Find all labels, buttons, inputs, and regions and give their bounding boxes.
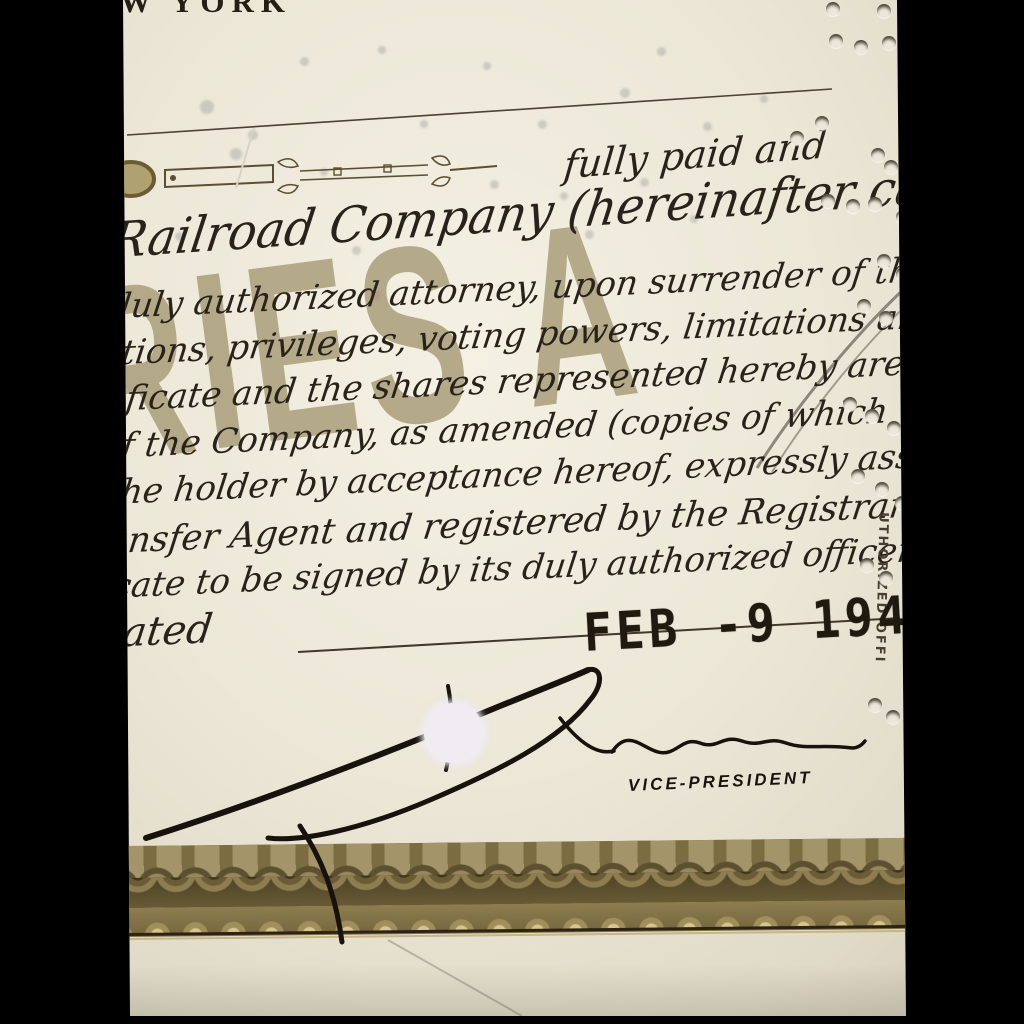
punch-perforation-hole	[884, 160, 898, 174]
punch-perforation-hole	[846, 199, 860, 213]
punch-perforation-hole	[854, 40, 868, 54]
punch-perforation-hole	[882, 36, 896, 50]
punch-perforation-hole	[887, 421, 901, 435]
certificate-photo-stage: W YORK RIES A	[0, 0, 1024, 1024]
punch-perforation-hole	[879, 311, 893, 325]
punch-perforation-hole	[826, 2, 840, 16]
punch-perforation-hole	[865, 409, 879, 423]
punch-perforation-hole	[868, 197, 882, 211]
punched-out-hole	[424, 703, 484, 763]
punch-perforation-hole	[821, 194, 835, 208]
punch-perforation-hole	[790, 131, 804, 145]
punch-perforation-hole	[843, 397, 857, 411]
punch-perforation-hole	[857, 299, 871, 313]
punch-perforation-hole	[875, 482, 889, 496]
punch-perforation-hole	[851, 469, 865, 483]
punch-perforation-hole	[879, 571, 893, 585]
punch-perforation-hole	[860, 558, 874, 572]
punch-perforation-hole	[815, 116, 829, 130]
punch-perforation-hole	[868, 698, 882, 712]
certificate-photo: W YORK RIES A	[0, 0, 1024, 1024]
punch-perforation-hole	[829, 34, 843, 48]
punch-perforation-hole	[896, 210, 910, 224]
top-rule-line	[127, 89, 832, 135]
punch-perforation-hole	[896, 267, 910, 281]
punch-perforation-hole	[877, 254, 891, 268]
dated-label-partial: ated	[120, 606, 215, 656]
vice-president-signature	[146, 669, 865, 942]
punch-perforation-hole	[871, 148, 885, 162]
punch-perforation-hole	[877, 4, 891, 18]
punch-perforation-hole	[895, 496, 909, 510]
punch-perforation-hole	[886, 710, 900, 724]
